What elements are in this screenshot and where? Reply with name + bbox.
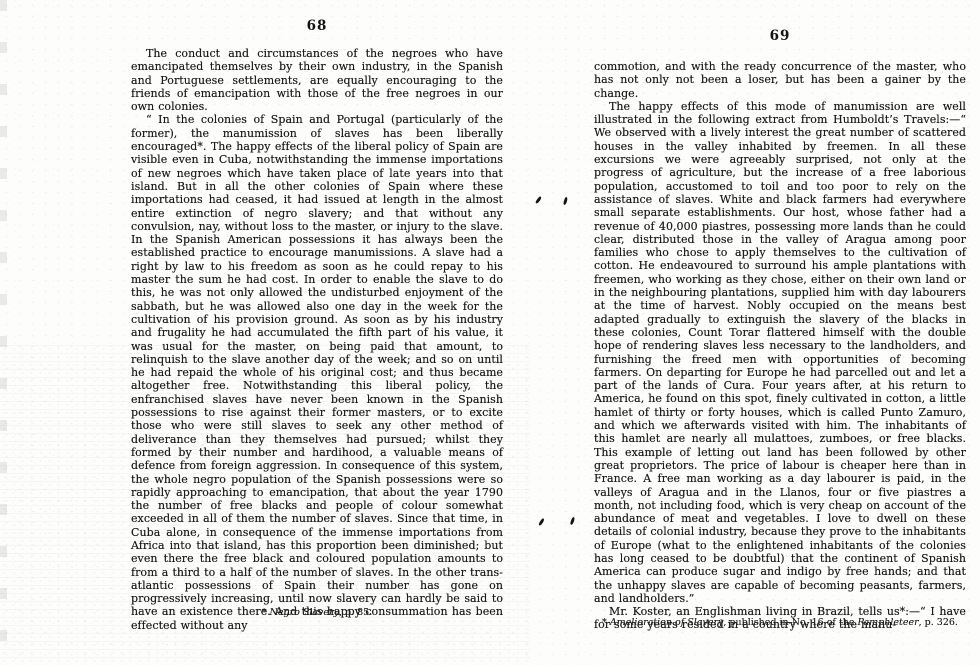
binding-edge-marks <box>0 0 7 665</box>
footnote-marker: * <box>262 607 267 618</box>
ink-speck <box>538 518 545 526</box>
footnote-work-title: Amelioration of Slavery <box>610 617 724 628</box>
page-68: 68 The conduct and circumstances of the … <box>131 18 503 632</box>
page-number-left: 68 <box>131 18 503 34</box>
paragraph: The conduct and circumstances of the neg… <box>131 47 503 113</box>
footnote-page-ref: , p. 85. <box>339 607 372 618</box>
ink-speck <box>563 197 568 206</box>
ink-speck <box>535 196 542 204</box>
footnote-page-ref: , p. 326. <box>919 617 958 628</box>
footnote-right: * Amelioration of Slavery, published in … <box>594 617 966 628</box>
footnote-publication-info: , published in No. 16 of the <box>723 617 857 628</box>
page-69: 69 commotion, and with the ready concurr… <box>594 28 966 632</box>
ink-speck <box>570 517 576 526</box>
scanned-book-spread: { "document": { "left_page": { "page_num… <box>0 0 980 665</box>
footnote-left: * Negro Slavery, p. 85. <box>131 607 503 618</box>
paragraph: “ In the colonies of Spain and Portugal … <box>131 113 503 632</box>
footnote-marker: * <box>602 617 607 628</box>
paragraph: commotion, and with the ready concurrenc… <box>594 60 966 100</box>
footnote-journal-title: Pamphleteer <box>858 617 919 628</box>
paragraph: The happy effects of this mode of manumi… <box>594 100 966 605</box>
page-number-right: 69 <box>594 28 966 44</box>
footnote-work-title: Negro Slavery <box>270 607 339 618</box>
